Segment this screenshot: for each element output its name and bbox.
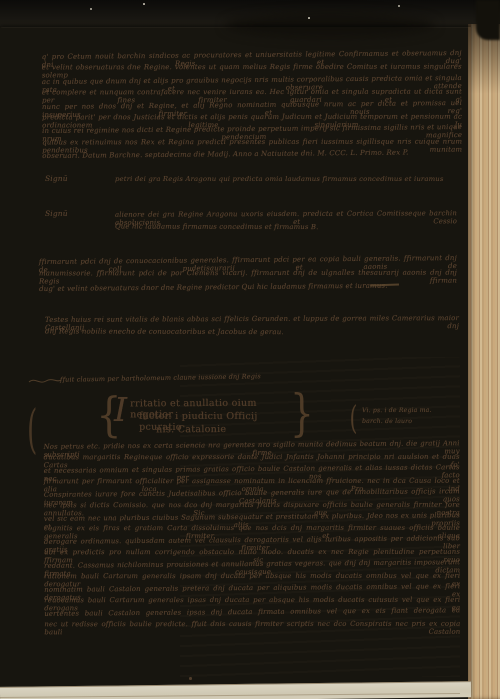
rubric-heading: rritatio et anullatio oium negotiorfacto… — [130, 398, 302, 437]
charter-closing-paragraph: q' pro Cetum nouit barchin sindicos ac p… — [42, 50, 463, 164]
dust-speck — [398, 5, 400, 7]
margin-note-paren-icon: ( — [350, 401, 358, 434]
rubric-initial: I — [114, 390, 127, 429]
bottom-charter-paragraph: Nos petrus etc. pridie nos ex certa scie… — [44, 440, 461, 633]
manuscript-text-line: rritatio et anullatio oium negotior — [130, 398, 302, 412]
clausum-flourish-icon — [28, 376, 62, 386]
manuscript-text-line: alienore dei gra Regine Aragonu uxoris e… — [115, 209, 457, 223]
ink-speck — [189, 677, 192, 680]
dust-speck — [143, 3, 145, 5]
witnesses-paragraph: Testes huius rei sunt vitalis de blanis … — [45, 315, 459, 341]
signum-rex-label: Signū — [45, 174, 68, 183]
margin-flourish-icon: ( — [27, 404, 37, 456]
manuscript-text-line: nis. Catalonie — [156, 424, 302, 438]
manuscript-text-line: nec ut redisse officiis baulie predicte.… — [44, 620, 460, 632]
manuscript-text-line: barch. de lauro — [362, 418, 437, 429]
dust-speck — [308, 17, 310, 19]
firmarunt-paragraph: ffirmarunt pdci dnj de conuocacionibus g… — [39, 255, 457, 297]
manuscript-text-line: Que hic laudamus firmamus concedimus et … — [115, 222, 457, 236]
margin-note: Vi. ps. i de Regia ma.barch. de lauro — [362, 407, 437, 429]
manuscript-text-line: dnj Regis nobilis enecho de conuocatorib… — [45, 328, 459, 342]
manuscript-text-line: Vi. ps. i de Regia ma. — [362, 407, 437, 418]
rubric-brace-right-icon: } — [290, 388, 314, 438]
book-background-corner — [476, 0, 500, 40]
dust-speck — [90, 8, 92, 10]
signum-regina-text: alienore dei gra Regine Aragonu uxoris e… — [115, 210, 457, 235]
manuscript-text-line: factor. i piudiciu Officij pcuratio — [139, 411, 302, 425]
signum-regina-label: Signū — [45, 209, 68, 218]
signum-rex-text: petri dei gra Regis Aragonu qui predicta… — [115, 175, 395, 183]
manuscript-photo: q' pro Cetum nouit barchin sindicos ac p… — [0, 0, 500, 699]
book-fore-edge — [468, 24, 500, 699]
